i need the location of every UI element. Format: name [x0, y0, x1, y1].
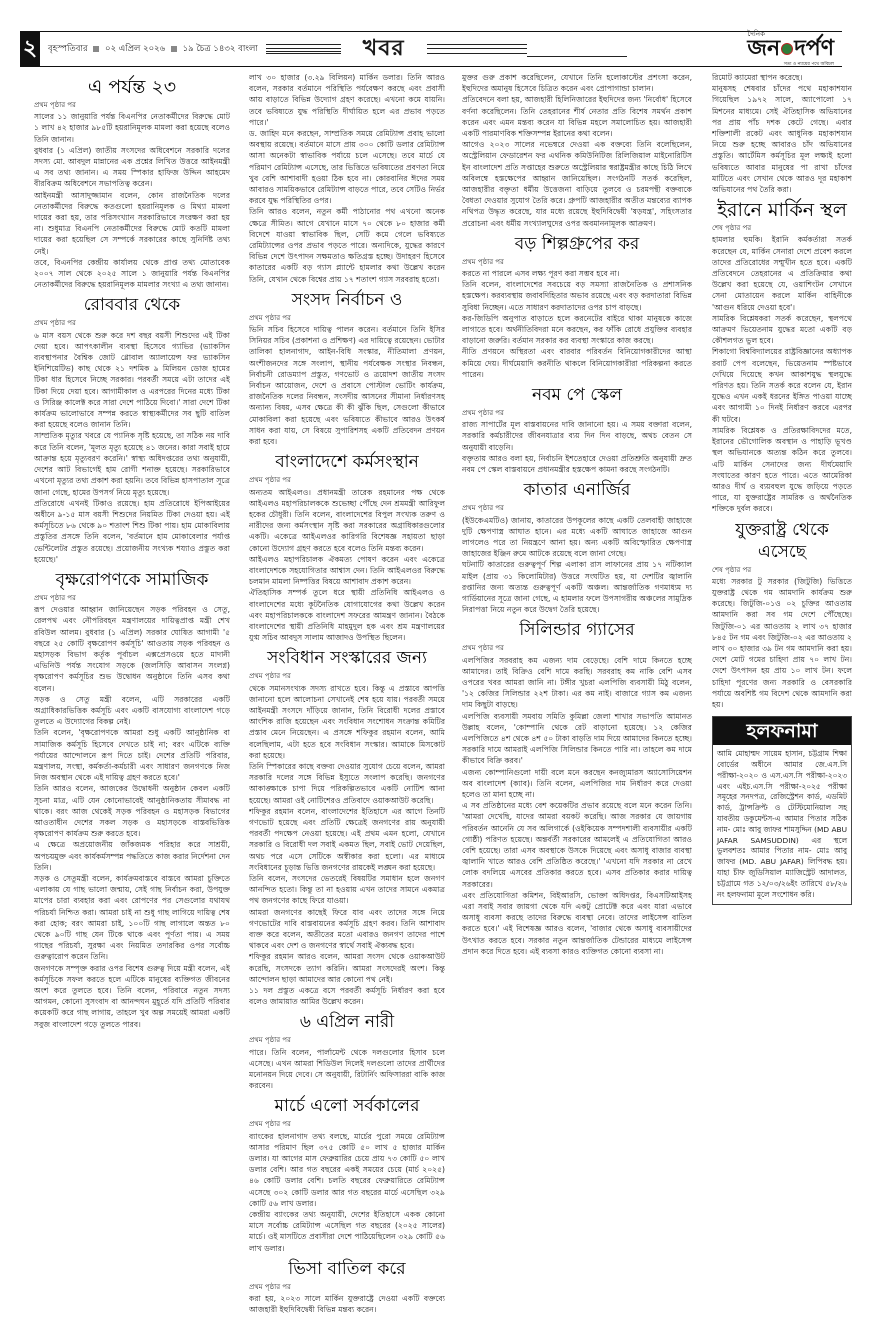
paragraph: সামরিক বিশ্লেষক ও প্রতিরক্ষাবিদদের মতে, … [712, 425, 852, 515]
continued-label: প্রথম পৃষ্ঠার পর [249, 671, 445, 682]
article-brikkhoropon: বৃক্ষরোপণকে সামাজিক প্রথম পৃষ্ঠার পর রূপ… [34, 569, 230, 1030]
headline: বাংলাদেশে কর্মসংস্থান [249, 451, 445, 473]
paragraph: করা হয়, ২০২৩ সালে মার্কিন যুক্তরাষ্ট্রে… [249, 1293, 445, 1315]
headline: ভিসা বাতিল করে [249, 1258, 445, 1280]
paragraph: বুধবার (১ এপ্রিল) জাতীয় সংসদের অধিবেশনে… [34, 145, 230, 190]
paragraph: শিকাগো বিশ্ববিদ্যালয়ের রাষ্ট্রবিজ্ঞানের… [712, 346, 852, 424]
headline: রোববার থেকে [34, 294, 230, 316]
headline: কাতার এনার্জির [462, 479, 692, 501]
paragraph: এলপিজির সরবরাহ কম এজন্য দাম বেড়েছে। বেশ… [462, 655, 692, 711]
article-nobom-pay-scale: নবম পে স্কেল প্রথম পৃষ্ঠার পর রাজ্য সাপা… [462, 384, 692, 475]
paragraph: ১১ দল প্রস্তুত একত্রে বসে পরবর্তী কর্মসূ… [249, 985, 445, 1007]
continued-label: প্রথম পৃষ্ঠার পর [34, 100, 230, 111]
continued-label: প্রথম পৃষ্ঠার পর [249, 475, 445, 486]
paragraph: আইএলও মহাপরিচালক ঐকমত্য পোষণ করেন এবং এক… [249, 554, 445, 588]
brand-name-right: দর্পণ [794, 38, 834, 60]
brand-name-left: জন [747, 38, 780, 60]
headline: নবম পে স্কেল [462, 384, 692, 406]
paragraph: প্রতিবেদনে বলা হয়, আজহারী হিলিনিজারের ই… [462, 94, 692, 139]
column-2: লাখ ৩০ হাজার (৩.২৯ বিলিয়ন) মার্কিন ডলার… [249, 72, 445, 1322]
paragraph: এবং প্রতিযোগিতা কমিশন, বিইআরসি, ভোক্তা অ… [462, 890, 692, 957]
dateline: বৃহস্পতিবার ০২ এপ্রিল ২০২৬ ১৯ চৈত্র ১৪৩২… [48, 42, 258, 56]
article-robbar-theke: রোববার থেকে প্রথম পৃষ্ঠার পর ৬ মাস বয়স … [34, 294, 230, 564]
headline: যুক্তরাষ্ট্র থেকে এসেছে [712, 519, 852, 563]
continued-label: প্রথম পৃষ্ঠার পর [462, 408, 692, 419]
continued-label: প্রথম পৃষ্ঠার পর [462, 643, 692, 654]
headline: ইরানে মার্কিন স্থল [712, 199, 852, 221]
column-1: এ পর্যন্ত ২৩ প্রথম পৃষ্ঠার পর সালের ১১ জ… [34, 72, 230, 1322]
article-uss-ford-continued: রিমোট ক্যামেরা স্থাপন করেছে। মানুষসহ শেষ… [712, 72, 852, 195]
brand-logo: দৈনিক জন দর্পণ সত্য ও ন্যায়ের পথে অবিচল [747, 31, 834, 68]
weekday: বৃহস্পতিবার [48, 44, 88, 54]
article-azhari-continued: মুক্তর গুরু প্রকাশ করেছিলেন, যেখানে তিনি… [462, 72, 692, 229]
headline: ৬ এপ্রিল নারী [249, 1011, 445, 1033]
continued-label: প্রথম পৃষ্ঠার পর [249, 1282, 445, 1293]
paragraph: অন্যতম আইএলও। প্রধানমন্ত্রী তারেক রহমানে… [249, 487, 445, 554]
paragraph: বক্তৃতায় আরও বলা হয়, নির্বাচনি ইশতেহার… [462, 453, 692, 475]
paragraph: কর-জিডিপি অনুপাত বাড়াতে হলে করনেটের বাই… [462, 313, 692, 347]
paragraph: সালের ১১ জানুয়ারি পর্যন্ত বিএনপির নেতাক… [34, 111, 230, 145]
continued-label: প্রথম পৃষ্ঠার পর [249, 1119, 445, 1130]
map-emblem-icon [781, 43, 793, 55]
continued-label: প্রথম পৃষ্ঠার পর [34, 593, 230, 604]
paragraph: আইনমন্ত্রী আসাদুজ্জামান বলেন, কোন রাজনৈত… [34, 190, 230, 257]
paragraph: থেকে সমানসংখ্যক সদস্য রাখতে হবে। কিন্তু … [249, 683, 445, 761]
article-qatar-energy: কাতার এনার্জির প্রথম পৃষ্ঠার পর (ইউকেএমট… [462, 479, 692, 615]
paragraph: তিনি বলেন, বাংলাদেশের সবচেয়ে বড় সমস্যা… [462, 279, 692, 313]
headline: সিলিন্ডার গ্যাসের [462, 619, 692, 641]
column-4: রিমোট ক্যামেরা স্থাপন করেছে। মানুষসহ শেষ… [712, 72, 852, 1322]
article-6-april-nari: ৬ এপ্রিল নারী প্রথম পৃষ্ঠার পর পারে। তিন… [249, 1011, 445, 1091]
masthead: ২ বৃহস্পতিবার ০২ এপ্রিল ২০২৬ ১৯ চৈত্র ১৪… [20, 31, 842, 67]
paragraph: ৬ মাস বয়স থেকে শুরু করে দশ বছর বয়সী শি… [34, 330, 230, 431]
paragraph: ড. জাহিদ মনে করছেন, সাম্প্রতিক সময়ে রেম… [249, 128, 445, 206]
continued-label: প্রথম পৃষ্ঠার পর [462, 503, 692, 514]
decorative-line [527, 56, 627, 57]
date-gregorian: ০২ এপ্রিল ২০২৬ [105, 44, 165, 54]
headline: বড় শিল্পগ্রুপের কর [462, 233, 692, 255]
paragraph: তবে, বিএনপির কেন্দ্রীয় কার্যালয় থেকে প… [34, 257, 230, 291]
paragraph: প্রতিরোধে এখনই টিকাও রয়েছে। হাম প্রতিরো… [34, 498, 230, 565]
article-visa-batil: ভিসা বাতিল করে প্রথম পৃষ্ঠার পর করা হয়,… [249, 1258, 445, 1316]
continued-label: প্রথম পৃষ্ঠার পর [249, 1035, 445, 1046]
paragraph: ঐতিহাসিক সম্পর্ক তুলে ধরে স্থায়ী প্রতিন… [249, 587, 445, 643]
headline: বৃক্ষরোপণকে সামাজিক [34, 569, 230, 591]
paragraph: তিনি আরও বলেন, আজকের উদ্বোধনী অনুষ্ঠান ক… [34, 783, 230, 839]
paragraph: কেন্দ্রীয় ব্যাংকের তথ্য অনুযায়ী, দেশের… [249, 1209, 445, 1254]
paragraph: এ সব প্রতিষ্ঠানের মধ্যে বেশ কয়েকটির প্র… [462, 800, 692, 890]
paragraph: মানুষসহ শেষবার চাঁদের পথে মহাকাশযান গিয়… [712, 83, 852, 195]
article-remittance-continued: লাখ ৩০ হাজার (৩.২৯ বিলিয়ন) মার্কিন ডলার… [249, 72, 445, 285]
headline: মার্চে এলো সর্বকালের [249, 1095, 445, 1117]
paragraph: তিনি স্পিকারের কাছে বক্তব্য দেওয়ার সুযো… [249, 761, 445, 806]
paragraph: ব্যাংকের হালনাগাদ তথ্য বলছে, মার্চের পুর… [249, 1131, 445, 1209]
newspaper-page: ২ বৃহস্পতিবার ০২ এপ্রিল ২০২৬ ১৯ চৈত্র ১৪… [0, 0, 870, 1331]
paragraph: তিনি আরও বলেন, নতুন কর্মী পাঠানোর পথ এখন… [249, 206, 445, 284]
notice-body: আমি মোহাম্মদ সায়েম হাসান, চট্টগ্রাম শিক… [713, 745, 851, 904]
page-number: ২ [20, 31, 40, 67]
brand-tagline: সত্য ও ন্যায়ের পথে অবিচল [784, 61, 834, 68]
article-cylinder-gas: সিলিন্ডার গ্যাসের প্রথম পৃষ্ঠার পর এলপিজ… [462, 619, 692, 957]
article-bangladeshe-kormosangsthan: বাংলাদেশে কর্মসংস্থান প্রথম পৃষ্ঠার পর অ… [249, 451, 445, 643]
paragraph: মুক্তর গুরু প্রকাশ করেছিলেন, যেখানে তিনি… [462, 72, 692, 94]
paragraph: তিনি বলেন, 'বৃক্ষরোপণকে আমরা শুধু একটি আ… [34, 727, 230, 783]
paragraph: রূপ দেওয়ার আহ্বান জানিয়েছেন সড়ক পরিবহ… [34, 604, 230, 694]
brand-name: জন দর্পণ [747, 38, 834, 60]
continued-label: শেষ পৃষ্ঠার পর [712, 565, 852, 576]
paragraph: (ইউকেএমটিও) জানায়, কাতারের উপকূলের কাছে… [462, 515, 692, 560]
continued-label: প্রথম পৃষ্ঠার পর [462, 257, 692, 268]
continued-label: শেষ পৃষ্ঠার পর [712, 223, 852, 234]
separator-square-icon [93, 46, 99, 52]
paragraph: এজন্য কোম্পানিগুলো দায়ী বলে মনে করছেন ক… [462, 767, 692, 801]
article-boro-shilpogroup: বড় শিল্পগ্রুপের কর প্রথম পৃষ্ঠার পর করত… [462, 233, 692, 380]
paragraph: এলপিজি ব্যবসায়ী সমবায় সমিতি কুমিল্লা জ… [462, 711, 692, 767]
article-marche-elo: মার্চে এলো সর্বকালের প্রথম পৃষ্ঠার পর ব্… [249, 1095, 445, 1253]
date-bangla: ১৯ চৈত্র ১৪৩২ বাংলা [183, 44, 258, 54]
affidavit-notice: হলফনামা আমি মোহাম্মদ সায়েম হাসান, চট্টগ… [712, 716, 852, 905]
decorative-rules [266, 44, 341, 54]
article-sangsad-nirbachon: সংসদ নির্বাচন ও প্রথম পৃষ্ঠার পর ভিনি সচ… [249, 289, 445, 447]
paragraph: আমরা জনগণের কাছেই ফিরে যাব এবং তাদের সঙ্… [249, 907, 445, 952]
paragraph: জনগণকে সম্পৃক্ত করার ওপর বিশেষ গুরুত্ব দ… [34, 963, 230, 1030]
paragraph: সড়ক ও সেতুমন্ত্রী বলেন, কার্যক্রমবাস্তব… [34, 873, 230, 963]
article-irane-markin-sthol: যুক্তরাষ্ট্র থেকে এসেছে শেষ পৃষ্ঠার পর ম… [712, 519, 852, 711]
notice-title: হলফনামা [713, 717, 851, 745]
paragraph: ঘটনাটি কাতারের গুরুত্বপূর্ণ শিল্প এলাকা … [462, 559, 692, 615]
paragraph: সাম্প্রতিক মৃত্যুর খবরে যে প্যানিক সৃষ্ট… [34, 430, 230, 497]
paragraph: লাখ ৩০ হাজার (৩.২৯ বিলিয়ন) মার্কিন ডলার… [249, 72, 445, 128]
paragraph: শফিকুর রহমান আরও বলেন, আমরা সংসদ থেকে ওয… [249, 951, 445, 985]
continued-label: প্রথম পৃষ্ঠার পর [249, 313, 445, 324]
headline: সংসদ নির্বাচন ও [249, 289, 445, 311]
paragraph: নীতি প্রণয়নে অস্থিরতা এবং বারবার পরিবর্… [462, 346, 692, 380]
paragraph: মধ্যে সরকার টু সরকার (জিটুজি) ভিত্তিতে য… [712, 576, 852, 710]
paragraph: এ ক্ষেত্রে অপ্রয়োজনীয় জাঁকজমক পরিহার ক… [34, 839, 230, 873]
paragraph: তিনি বলেন, সংসদের ভেতরেই বিষয়টির সমাধান… [249, 873, 445, 907]
continued-label: প্রথম পৃষ্ঠার পর [34, 318, 230, 329]
headline: এ পর্যন্ত ২৩ [34, 76, 230, 98]
article-samvidhan-sanskar: সংবিধান সংস্কারের জন্য প্রথম পৃষ্ঠার পর … [249, 647, 445, 1007]
paragraph: হামলার হুমকি। ইরানি কর্মকর্তারা সতর্ক কর… [712, 234, 852, 312]
article-e-porjonto: এ পর্যন্ত ২৩ প্রথম পৃষ্ঠার পর সালের ১১ জ… [34, 76, 230, 290]
paragraph: রিমোট ক্যামেরা স্থাপন করেছে। [712, 72, 852, 83]
section-title: খবর [363, 31, 405, 68]
separator-square-icon [171, 46, 177, 52]
decorative-rules [427, 44, 527, 54]
paragraph: ভিনি সচিব হিসেবে দায়িত্ব পালন করেন। বর্… [249, 324, 445, 447]
paragraph: সড়ক ও সেতু মন্ত্রী বলেন, এটি সরকারের এক… [34, 694, 230, 728]
paragraph: শফিকুর রহমান বলেন, বাংলাদেশের ইতিহাসে এর… [249, 806, 445, 873]
paragraph: আগেও ২০২৩ সালের নভেম্বরে দেওয়া এক বক্তব… [462, 139, 692, 229]
article-53-bochor-chande: ইরানে মার্কিন স্থল শেষ পৃষ্ঠার পর হামলার… [712, 199, 852, 514]
paragraph: পারে। তিনি বলেন, পার্লামেন্ট থেকে দলগুলো… [249, 1047, 445, 1092]
headline: সংবিধান সংস্কারের জন্য [249, 647, 445, 669]
paragraph: সামরিক বিশ্লেষকরা সতর্ক করেছেন, স্থলপথে … [712, 313, 852, 347]
paragraph: রাজ্য সাপার্টের মূল বাস্তবায়নের দাবি জা… [462, 419, 692, 453]
paragraph: করতে না পারলে এসব লক্ষ্য পূরণ করা সম্ভব … [462, 268, 692, 279]
column-3: মুক্তর গুরু প্রকাশ করেছিলেন, যেখানে তিনি… [462, 72, 692, 1322]
